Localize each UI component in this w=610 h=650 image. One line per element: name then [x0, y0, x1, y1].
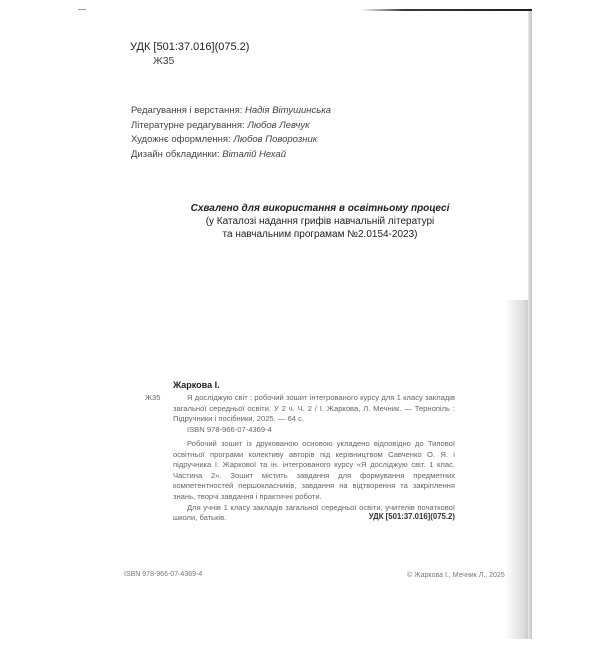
- credit-line: Редагування і верстання: Надія Вітушинсь…: [131, 104, 331, 119]
- footer-copyright: © Жаркова І., Мечник Л., 2025: [407, 572, 505, 579]
- approval-title: Схвалено для використання в освітньому п…: [170, 202, 470, 215]
- credit-role: Художнє оформлення:: [131, 134, 231, 145]
- biblio-description: Я досліджую світ : робочий зошит інтегро…: [173, 393, 455, 425]
- approval-line: (у Каталозі надання грифів навчальній лі…: [170, 215, 470, 228]
- biblio-udk: УДК [501:37.016](075.2): [369, 512, 455, 523]
- credit-role: Редагування і верстання:: [131, 105, 242, 116]
- credit-name: Любов Поворозник: [233, 134, 317, 145]
- annotation-paragraph: Робочий зошит із друкованою основою укла…: [173, 439, 455, 503]
- top-rule: [360, 9, 532, 11]
- approval-block: Схвалено для використання в освітньому п…: [170, 202, 470, 241]
- credit-name: Любов Левчук: [247, 120, 309, 131]
- credit-role: Дизайн обкладинки:: [131, 149, 220, 160]
- author-code: Ж35: [153, 55, 174, 67]
- udk-code: УДК [501:37.016](075.2): [130, 41, 249, 53]
- credits-block: Редагування і верстання: Надія Вітушинсь…: [131, 104, 331, 162]
- page-spine: [528, 11, 532, 639]
- credit-name: Надія Вітушинська: [245, 105, 331, 116]
- footer-isbn: ISBN 978-966-07-4369-4: [124, 571, 202, 578]
- credit-name: Віталій Нехай: [222, 149, 286, 160]
- credit-role: Літературне редагування:: [131, 120, 245, 131]
- credit-line: Художнє оформлення: Любов Поворозник: [131, 133, 331, 148]
- biblio-code: Ж35: [145, 393, 160, 404]
- credit-line: Літературне редагування: Любов Левчук: [131, 119, 331, 134]
- biblio-isbn: ISBN 978-966-07-4369-4: [187, 425, 272, 436]
- biblio-author: Жарковa І.: [173, 380, 220, 391]
- crop-mark: [78, 9, 86, 10]
- approval-line: та навчальним програмам №2.0154-2023): [170, 228, 470, 241]
- credit-line: Дизайн обкладинки: Віталій Нехай: [131, 148, 331, 163]
